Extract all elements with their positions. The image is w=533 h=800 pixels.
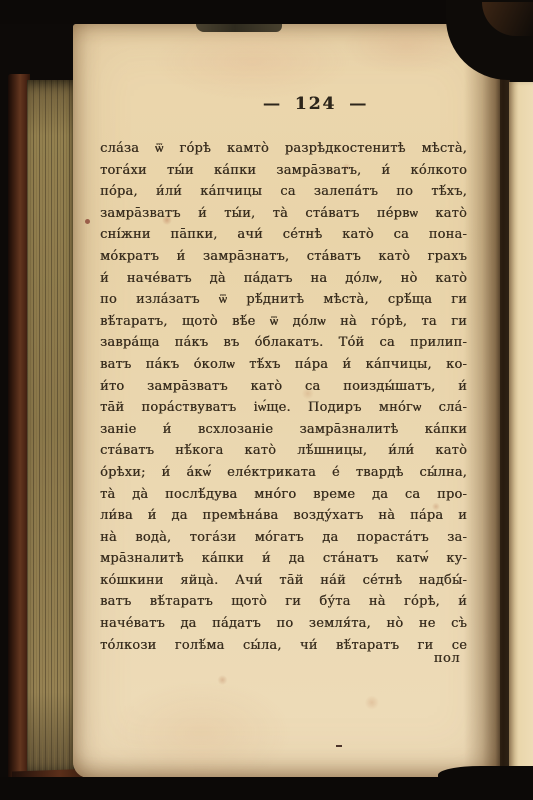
text-line: ли́ва и́ да премѣна́ва возду́хатъ на̀ пá… [100,505,467,527]
ink-speck [336,745,342,747]
text-line: и́то замра̄зватъ като̀ са поизды́шатъ, и… [100,376,467,398]
text-line: сні́жни па̄пки, ачи́ сéтнѣ като̀ са пона… [100,224,467,246]
text-line: по излáзатъ ѿ рѣ́днитѣ мѣста̀, срѣ́ща ги [100,289,467,311]
text-line: вѣ́таратъ, щотò вѣ́е ѿ дóлѡ на̀ гóрѣ, та… [100,311,467,333]
text-line: мóкратъ и́ замра̄знатъ, стáватъ като̀ гр… [100,246,467,268]
text-line: мра̄зналитѣ кáпки и́ да стáнатъ катѡ́ ку… [100,548,467,570]
page-number: — 124 — [132,94,499,114]
text-line: ватъ вѣ́таратъ щотò ги бу́та на̀ гóрѣ, и… [100,591,467,613]
text-line: о́рѣхи; и́ а́кѡ́ елéктриката е́ твардѣ с… [100,462,467,484]
text-line: замра̄зватъ и́ ты́и, та̀ стáватъ пéрвѡ к… [100,203,467,225]
text-line: тогáхи ты́и кáпки замра̄зватъ, и́ кóлкот… [100,160,467,182]
text-line: та̀ да̀ послѣ́дува мнóго време да са про… [100,484,467,506]
text-line: стáватъ нѣ́кога като̀ лѣ́шницы, и́ли́ ка… [100,440,467,462]
book-gutter-shadow [464,24,510,776]
text-line: завра́ща пáкъ въ о́блакатъ. Тóй са прили… [100,332,467,354]
text-line: и́ начéватъ да̀ пáдатъ на дóлѡ, нò като̀ [100,268,467,290]
text-line: слáза ѿ гóрѣ камтò разрѣдкостенитѣ мѣста… [100,138,467,160]
text-line: кóшкини яйца̀. Ачи́ та̄й нáй сéтнѣ надбы… [100,570,467,592]
text-line: ватъ пáкъ о́колѡ тѣ́хъ пáра и́ кáпчицы, … [100,354,467,376]
text-line: заніе и́ всхлозаніе замра̄зналитѣ кáпки [100,419,467,441]
background-bottom-right-corner [438,766,533,786]
catchword: пол [100,651,466,666]
book-fore-edge-pages [27,80,74,776]
text-line: та̄й порáствуватъ іѡ́ще. Подиръ мнóгѡ сл… [100,397,467,419]
text-line: на̀ вода̀, тогáзи мóгатъ да порастáтъ за… [100,527,467,549]
page-top-edge-chip [196,24,282,32]
foxing-spot [85,219,90,224]
text-line: начéватъ да пáдатъ по земля́та, нò не съ… [100,613,467,635]
facing-page-sliver [509,82,533,774]
text-line: пóра, и́ли́ кáпчицы са залепа́тъ по тѣ́х… [100,181,467,203]
text-block: слáза ѿ гóрѣ камтò разрѣдкостенитѣ мѣста… [100,138,467,656]
